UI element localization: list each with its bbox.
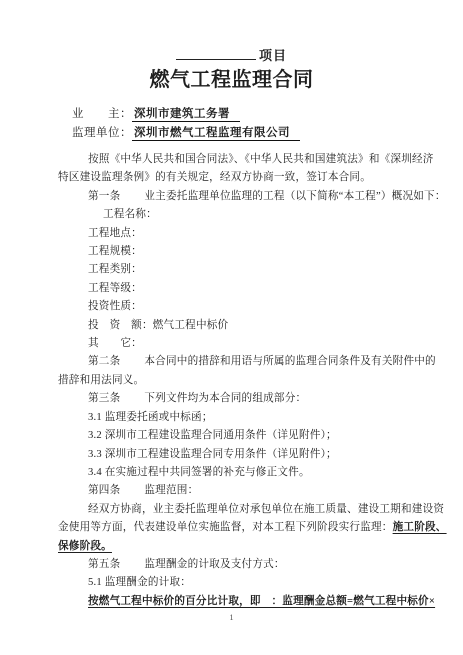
paragraph-text: 金使用等方面，代表建设单位实施监督，对本工程下列阶段实行监理： bbox=[58, 522, 393, 533]
field-label: 工程地点： bbox=[88, 228, 142, 239]
list-item-3-4: 3.4 在实施过程中共同签署的补充与修正文件。 bbox=[58, 464, 443, 482]
fee-formula-bold-text: 按燃气工程中标价的百分比计取，即 ：监理酬金总额=燃气工程中标价× bbox=[88, 596, 435, 607]
article-5-heading: 第五条监理酬金的计取及支付方式： bbox=[58, 556, 443, 574]
field-label: 其 它： bbox=[88, 338, 142, 349]
field-row-other: 其 它： bbox=[58, 335, 443, 353]
article-number: 第三条 bbox=[88, 393, 120, 404]
party-row-owner: 业 主：深圳市建筑工务署 bbox=[58, 105, 443, 124]
project-title-line: 项目 bbox=[0, 46, 463, 64]
field-row-project-name: 工程名称： bbox=[58, 206, 443, 224]
field-row-grade: 工程等级： bbox=[58, 280, 443, 298]
article-number: 第二条 bbox=[88, 356, 120, 367]
article-text: 监理酬金的计取及支付方式： bbox=[144, 559, 284, 570]
article-number: 第四条 bbox=[88, 485, 120, 496]
field-row-investment-nature: 投资性质： bbox=[58, 298, 443, 316]
field-label: 工程等级： bbox=[88, 283, 142, 294]
field-label: 投 资 额： bbox=[88, 320, 153, 331]
parties-section: 业 主：深圳市建筑工务署 监理单位：深圳市燃气工程监理有限公司 bbox=[58, 105, 443, 143]
intro-line-2: 特区建设监理条例》的有关规定，经双方协商一致，签订本合同。 bbox=[58, 169, 443, 187]
field-value: 燃气工程中标价 bbox=[153, 320, 229, 331]
supervision-stage-bold-text: 施工阶段、 bbox=[393, 522, 447, 533]
field-row-category: 工程类别： bbox=[58, 261, 443, 279]
article-text: 本合同中的措辞和用语与所属的监理合同条件及有关附件中的 bbox=[144, 356, 435, 367]
party-label: 业 主： bbox=[72, 108, 132, 120]
article-text: 业主委托监理单位监理的工程（以下简称“本工程”）概况如下： bbox=[144, 191, 445, 202]
contract-page: 项目 燃气工程监理合同 业 主：深圳市建筑工务署 监理单位：深圳市燃气工程监理有… bbox=[0, 0, 463, 655]
party-label: 监理单位： bbox=[72, 127, 132, 139]
article-number: 第一条 bbox=[88, 191, 120, 202]
document-title: 燃气工程监理合同 bbox=[0, 67, 463, 93]
article-4-heading: 第四条监理范围： bbox=[58, 482, 443, 500]
page-number: 1 bbox=[0, 611, 463, 624]
article-3-heading: 第三条下列文件均为本合同的组成部分： bbox=[58, 390, 443, 408]
article-number: 第五条 bbox=[88, 559, 120, 570]
party-value: 深圳市建筑工务署 bbox=[132, 108, 240, 122]
field-row-investment-amount: 投 资 额：燃气工程中标价 bbox=[58, 317, 443, 335]
party-value: 深圳市燃气工程监理有限公司 bbox=[132, 127, 300, 141]
field-label: 工程规模： bbox=[88, 246, 142, 257]
list-item-5-1: 5.1 监理酬金的计取： bbox=[58, 574, 443, 592]
list-item-3-2: 3.2 深圳市工程建设监理合同通用条件（详见附件）； bbox=[58, 427, 443, 445]
project-blank-line bbox=[176, 46, 256, 60]
field-label: 投资性质： bbox=[88, 301, 142, 312]
warranty-stage-bold-text: 保修阶段。 bbox=[58, 541, 112, 552]
field-row-location: 工程地点： bbox=[58, 225, 443, 243]
article-1-heading: 第一条业主委托监理单位监理的工程（以下简称“本工程”）概况如下： bbox=[58, 188, 443, 206]
article-text: 下列文件均为本合同的组成部分： bbox=[144, 393, 306, 404]
party-row-supervisor: 监理单位：深圳市燃气工程监理有限公司 bbox=[58, 124, 443, 143]
list-item-3-1: 3.1 监理委托函或中标函； bbox=[58, 409, 443, 427]
article-2-continuation: 措辞和用法同义。 bbox=[58, 372, 443, 390]
article-text: 监理范围： bbox=[144, 485, 198, 496]
article-4-paragraph-line-2: 金使用等方面，代表建设单位实施监督，对本工程下列阶段实行监理：施工阶段、 bbox=[58, 519, 443, 537]
article-2-heading: 第二条本合同中的措辞和用语与所属的监理合同条件及有关附件中的 bbox=[58, 353, 443, 371]
field-label: 工程名称： bbox=[103, 209, 157, 220]
contract-body: 按照《中华人民共和国合同法》、《中华人民共和国建筑法》和《深圳经济 特区建设监理… bbox=[58, 151, 443, 611]
field-row-scale: 工程规模： bbox=[58, 243, 443, 261]
fee-formula-line: 按燃气工程中标价的百分比计取，即 ：监理酬金总额=燃气工程中标价× bbox=[58, 593, 443, 611]
intro-line-1: 按照《中华人民共和国合同法》、《中华人民共和国建筑法》和《深圳经济 bbox=[58, 151, 443, 169]
article-4-paragraph-line-3: 保修阶段。 bbox=[58, 538, 443, 556]
article-4-paragraph-line-1: 经双方协商，业主委托监理单位对承包单位在施工质量、建设工期和建设资 bbox=[58, 501, 443, 519]
list-item-3-3: 3.3 深圳市工程建设监理合同专用条件（详见附件）； bbox=[58, 446, 443, 464]
field-label: 工程类别： bbox=[88, 264, 142, 275]
project-label: 项目 bbox=[259, 48, 287, 63]
